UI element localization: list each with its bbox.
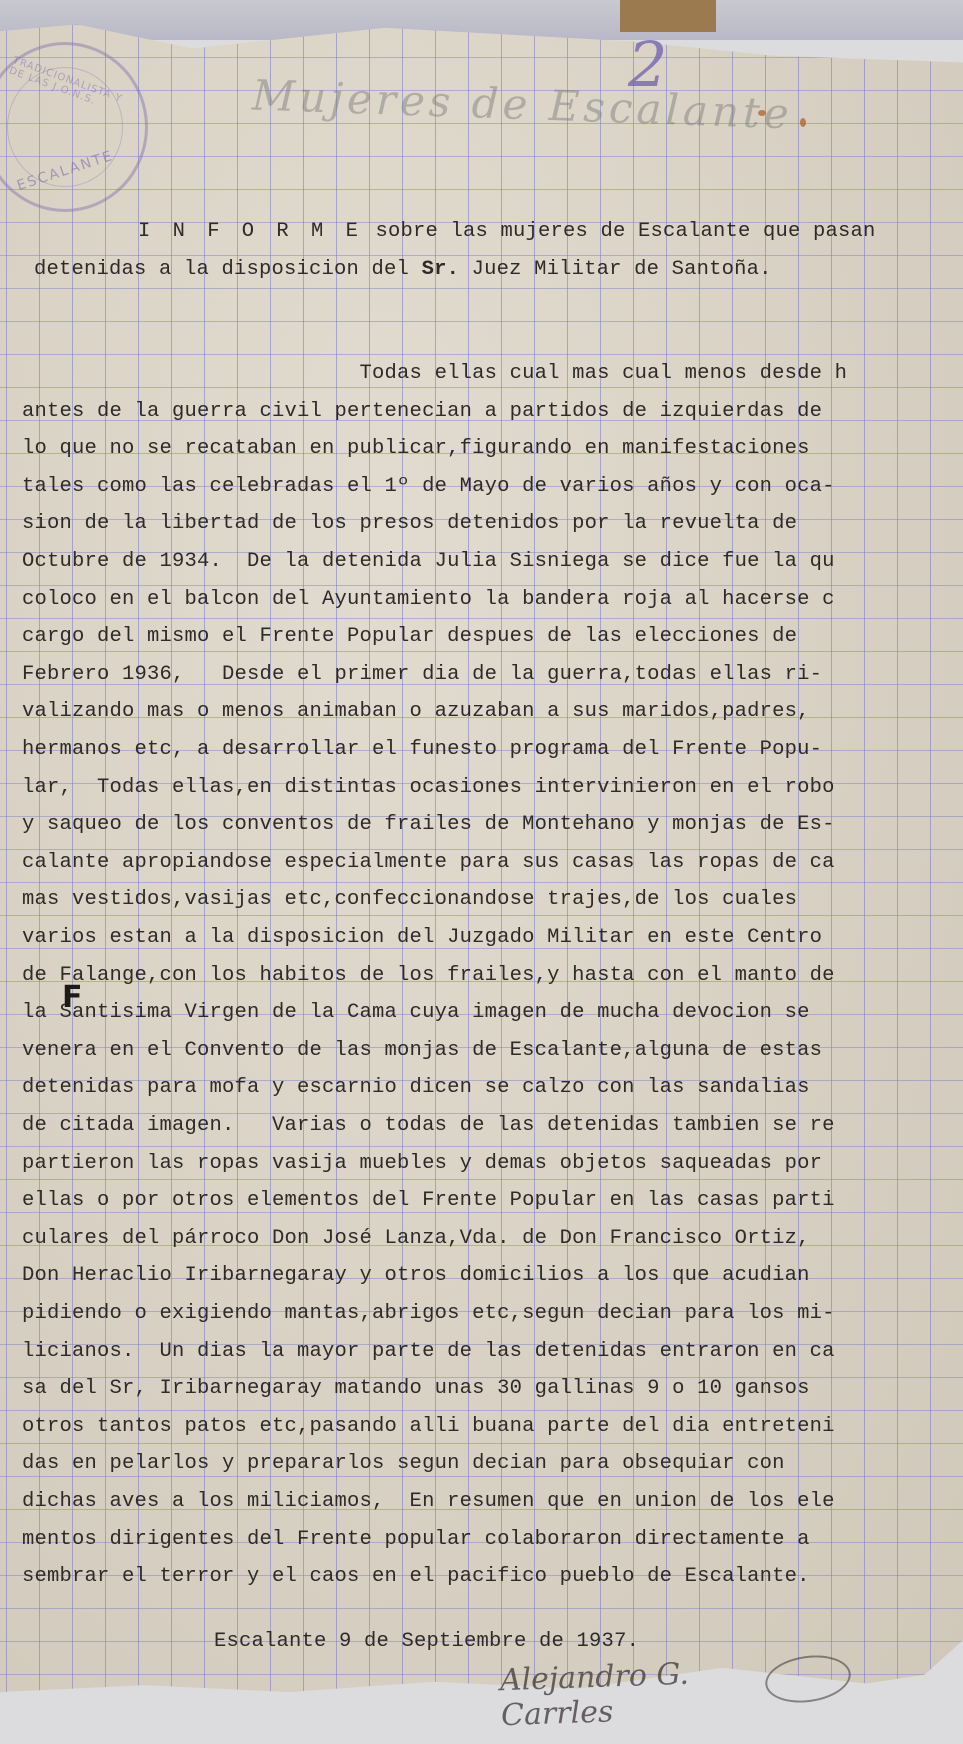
heading-keyword: I N F O R M E	[138, 220, 363, 243]
body-line: sion de la libertad de los presos deteni…	[22, 512, 797, 535]
body-line: dichas aves a los miliciamos, En resumen…	[22, 1490, 835, 1513]
body-line: ellas o por otros elementos del Frente P…	[22, 1189, 835, 1212]
body-line: das en pelarlos y prepararlos segun deci…	[22, 1452, 785, 1475]
body-line: sa del Sr, Iribarnegaray matando unas 30…	[22, 1377, 810, 1400]
body-line: coloco en el balcon del Ayuntamiento la …	[22, 588, 835, 611]
body-line: tales como las celebradas el 1º de Mayo …	[22, 475, 835, 498]
body-line: Febrero 1936, Desde el primer dia de la …	[22, 663, 822, 686]
body-line: hermanos etc, a desarrollar el funesto p…	[22, 738, 822, 761]
body-line: varios estan a la disposicion del Juzgad…	[22, 926, 822, 949]
body-line: antes de la guerra civil pertenecian a p…	[22, 400, 822, 423]
heading-line-2: detenidas a la disposicion del Sr. Juez …	[34, 258, 772, 281]
body-line: pidiendo o exigiendo mantas,abrigos etc,…	[22, 1302, 835, 1325]
handwritten-correction: F	[62, 980, 83, 1015]
heading-line-1: I N F O R M E sobre las mujeres de Escal…	[138, 220, 876, 243]
body-line: la Santisima Virgen de la Cama cuya imag…	[22, 1001, 810, 1024]
body-line: Todas ellas cual mas cual menos desde h	[22, 362, 847, 385]
heading-line-1-rest: sobre las mujeres de Escalante que pasan	[363, 220, 876, 243]
body-line: culares del párroco Don José Lanza,Vda. …	[22, 1227, 810, 1250]
body-line: mentos dirigentes del Frente popular col…	[22, 1528, 810, 1551]
body-line: partieron las ropas vasija muebles y dem…	[22, 1152, 822, 1175]
body-line: valizando mas o menos animaban o azuzaba…	[22, 700, 810, 723]
document-page: TRADICIONALISTA Y DE LAS J.O.N.S. ESCALA…	[0, 0, 963, 1744]
body-line: cargo del mismo el Frente Popular despue…	[22, 625, 797, 648]
body-line: lar, Todas ellas,en distintas ocasiones …	[22, 776, 835, 799]
body-line: Don Heraclio Iribarnegaray y otros domic…	[22, 1264, 810, 1287]
body-line: mas vestidos,vasijas etc,confeccionandos…	[22, 888, 797, 911]
heading-line-2-pre: detenidas a la disposicion del	[34, 258, 422, 281]
body-line: de Falange,con los habitos de los fraile…	[22, 964, 835, 987]
body-line: calante apropiandose especialmente para …	[22, 851, 835, 874]
body-line: de citada imagen. Varias o todas de las …	[22, 1114, 835, 1137]
rust-stain	[758, 110, 766, 116]
body-line: detenidas para mofa y escarnio dicen se …	[22, 1076, 810, 1099]
body-line: venera en el Convento de las monjas de E…	[22, 1039, 822, 1062]
body-line: y saqueo de los conventos de frailes de …	[22, 813, 835, 836]
signature: Alejandro G. Carrles	[499, 1653, 800, 1711]
rust-stain	[800, 118, 806, 127]
body-line: otros tantos patos etc,pasando alli buan…	[22, 1415, 835, 1438]
body-line: licianos. Un dias la mayor parte de las …	[22, 1340, 835, 1363]
body-line: sembrar el terror y el caos en el pacifi…	[22, 1565, 810, 1588]
heading-line-2-post: Juez Militar de Santoña.	[459, 258, 772, 281]
body-line: lo que no se recataban en publicar,figur…	[22, 437, 810, 460]
date-line: Escalante 9 de Septiembre de 1937.	[214, 1630, 639, 1653]
heading-title-bold: Sr.	[422, 258, 460, 281]
body-line: Octubre de 1934. De la detenida Julia Si…	[22, 550, 835, 573]
